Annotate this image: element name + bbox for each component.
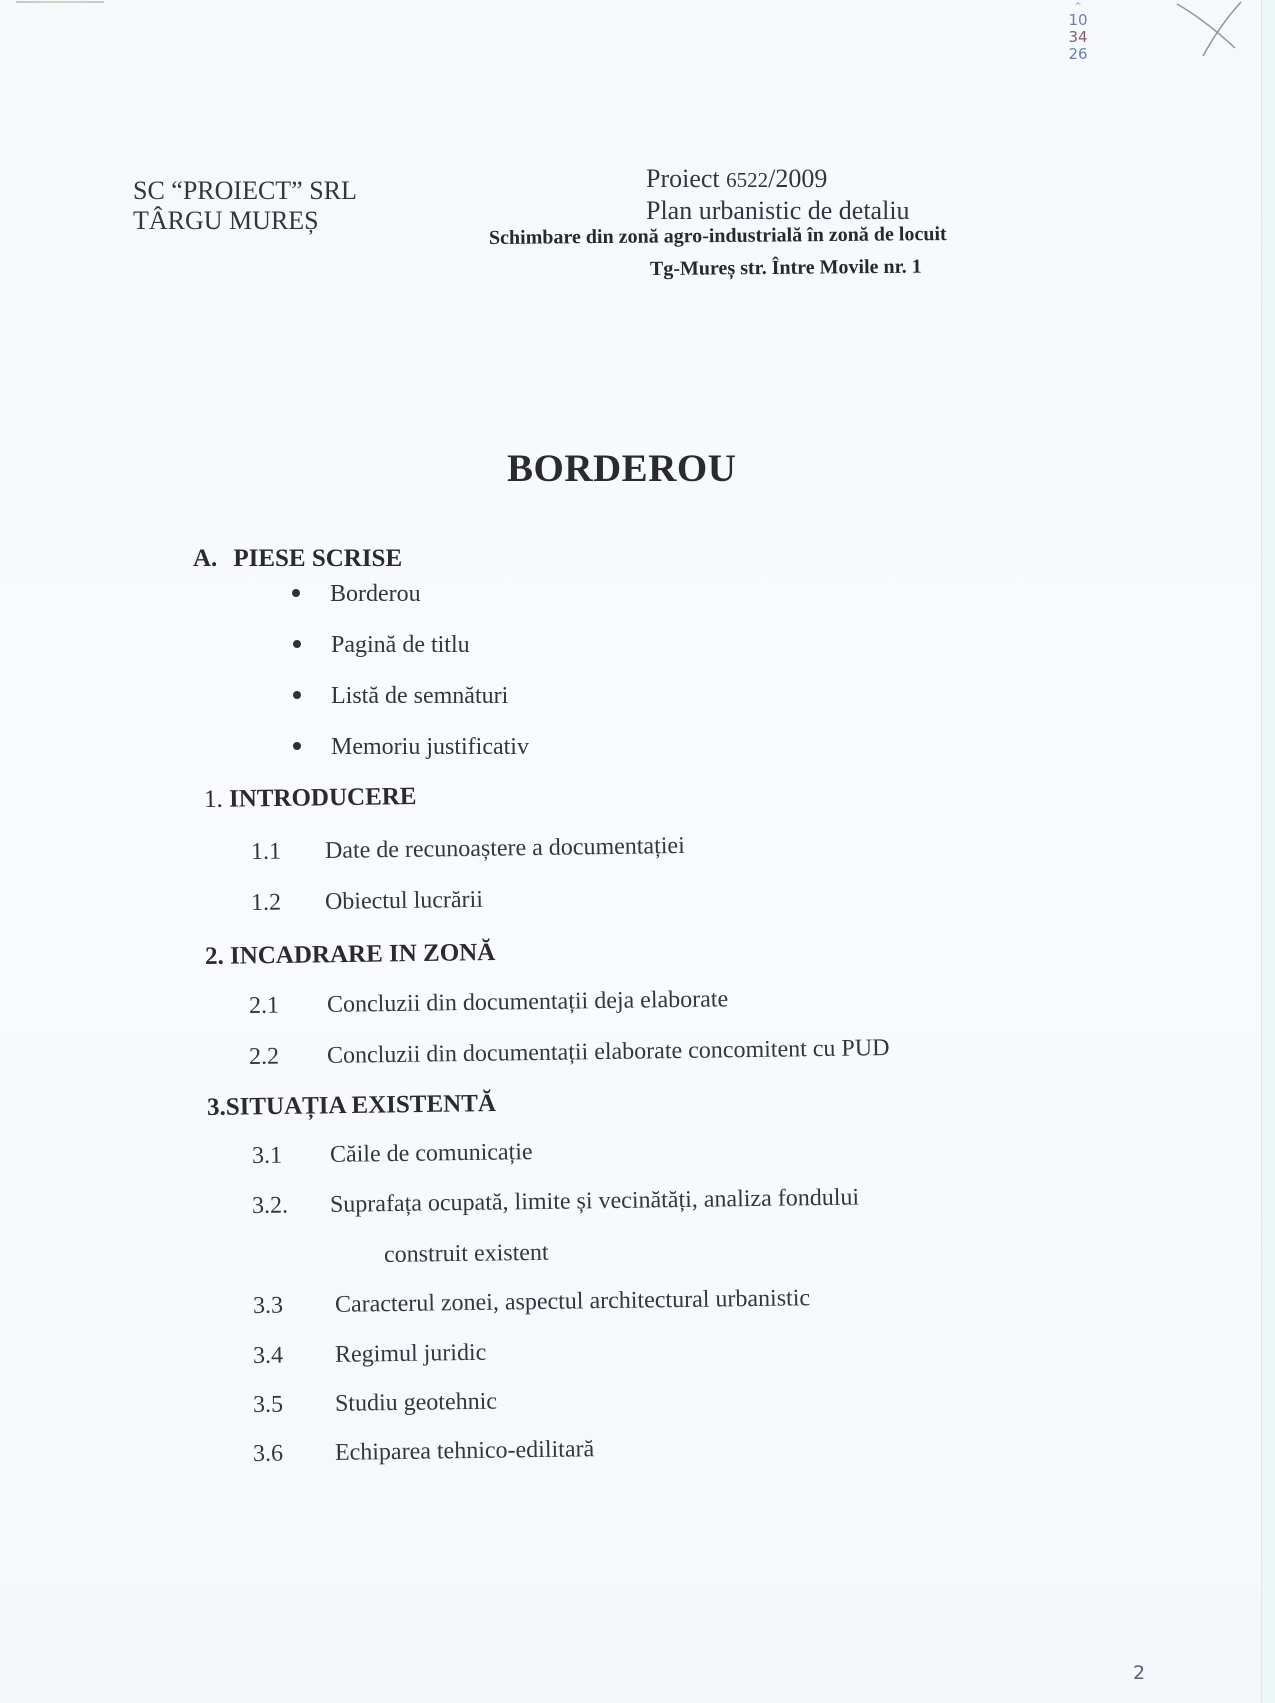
subsection-item: 3.3Caracterul zonei, aspectul architectu…: [253, 1285, 810, 1320]
section-heading: 1. INTRODUCERE: [204, 783, 417, 814]
subsection-number: 3.4: [253, 1342, 335, 1370]
bullet-icon: [293, 640, 301, 648]
subsection-number: 2.1: [249, 992, 327, 1020]
section-number: 3.: [207, 1094, 226, 1121]
section-a-heading: A.PIESE SCRISE: [193, 545, 402, 573]
page-edge: [1261, 0, 1275, 1703]
subsection-item: 3.5Studiu geotehnic: [253, 1389, 497, 1419]
list-item: Listă de semnături: [293, 683, 508, 710]
handwritten-number: 26: [1063, 46, 1093, 63]
subsection-number: 3.2.: [252, 1192, 330, 1220]
subsection-item: 2.1Concluzii din documentații deja elabo…: [249, 986, 729, 1020]
section-title: INCADRARE IN ZONĂ: [230, 939, 496, 970]
company-city: TÂRGU MUREȘ: [133, 206, 357, 236]
subsection-text: Echiparea tehnico-edilitară: [335, 1436, 595, 1466]
list-item-text: Borderou: [330, 581, 421, 607]
list-item: Memoriu justificativ: [293, 734, 529, 761]
bullet-icon: [293, 691, 301, 699]
handwritten-annotation: ^ 10 34 26: [1063, 3, 1093, 63]
scanned-page: ^ 10 34 26 SC “PROIECT” SRL TÂRGU MUREȘ …: [0, 0, 1261, 1703]
subsection-text: Obiectul lucrării: [325, 887, 483, 915]
subsection-text: Căile de comunicație: [330, 1139, 533, 1168]
subsection-text: Concluzii din documentații deja elaborat…: [327, 986, 729, 1018]
handwritten-number: 34: [1063, 29, 1093, 46]
project-type: Plan urbanistic de detaliu: [646, 196, 910, 226]
list-item-text: Pagină de titlu: [331, 632, 470, 658]
project-address: Tg-Mureș str. Între Movile nr. 1: [650, 256, 922, 281]
subsection-number: 1.1: [251, 838, 325, 866]
subsection-number: 3.1: [252, 1142, 330, 1170]
section-heading: 2. INCADRARE IN ZONĂ: [205, 939, 496, 971]
list-item-text: Memoriu justificativ: [331, 734, 529, 760]
subsection-item: 3.6Echiparea tehnico-edilitară: [253, 1436, 595, 1468]
subsection-item: 3.4Regimul juridic: [253, 1340, 487, 1370]
company-name: SC “PROIECT” SRL: [133, 176, 357, 206]
list-item: Pagină de titlu: [293, 632, 470, 659]
handwritten-number: 10: [1063, 12, 1093, 29]
project-number-line: Proiect 6522/2009: [646, 164, 827, 194]
subsection-number: 3.3: [253, 1292, 335, 1320]
section-a-label: A.: [193, 545, 217, 572]
bullet-icon: [292, 589, 300, 597]
subsection-number: 3.6: [253, 1440, 335, 1468]
subsection-item: 2.2Concluzii din documentații elaborate …: [249, 1035, 890, 1071]
section-title: SITUAȚIA EXISTENTĂ: [226, 1090, 497, 1121]
project-year: /2009: [768, 164, 827, 193]
subsection-text: Concluzii din documentații elaborate con…: [327, 1035, 890, 1069]
subsection-number: 3.5: [253, 1391, 335, 1419]
subsection-number: 1.2: [251, 889, 325, 917]
project-prefix: Proiect: [646, 164, 726, 193]
bullet-icon: [293, 742, 301, 750]
page-number: 2: [1133, 1662, 1145, 1684]
scan-artifact-line: [16, 1, 104, 3]
list-item-text: Listă de semnături: [331, 683, 508, 709]
subsection-item: 3.2.Suprafața ocupată, limite și vecinăt…: [252, 1185, 859, 1220]
subsection-text: Studiu geotehnic: [335, 1389, 497, 1417]
subsection-continuation: construit existent: [384, 1240, 549, 1269]
section-number: 2.: [205, 943, 224, 970]
subsection-item: 1.2Obiectul lucrării: [251, 887, 483, 917]
subsection-item: 1.1Date de recunoaștere a documentației: [251, 833, 685, 866]
section-heading: 3.SITUAȚIA EXISTENTĂ: [207, 1090, 496, 1122]
subsection-item: 3.1Căile de comunicație: [252, 1139, 533, 1170]
subsection-text: Date de recunoaștere a documentației: [325, 833, 685, 864]
subsection-text: Regimul juridic: [335, 1340, 487, 1368]
document-title: BORDEROU: [507, 446, 736, 491]
company-block: SC “PROIECT” SRL TÂRGU MUREȘ: [133, 176, 357, 236]
handwritten-x-mark-icon: [1175, 0, 1245, 60]
section-title: INTRODUCERE: [229, 783, 417, 813]
project-number: 6522: [726, 168, 768, 192]
project-subject: Schimbare din zonă agro-industrială în z…: [489, 223, 947, 250]
subsection-number: 2.2: [249, 1043, 327, 1071]
subsection-text: Caracterul zonei, aspectul architectural…: [335, 1285, 810, 1318]
list-item: Borderou: [292, 581, 421, 608]
section-a-title: PIESE SCRISE: [233, 545, 402, 572]
section-number: 1.: [204, 786, 223, 813]
subsection-text: Suprafața ocupată, limite și vecinătăți,…: [330, 1185, 859, 1218]
